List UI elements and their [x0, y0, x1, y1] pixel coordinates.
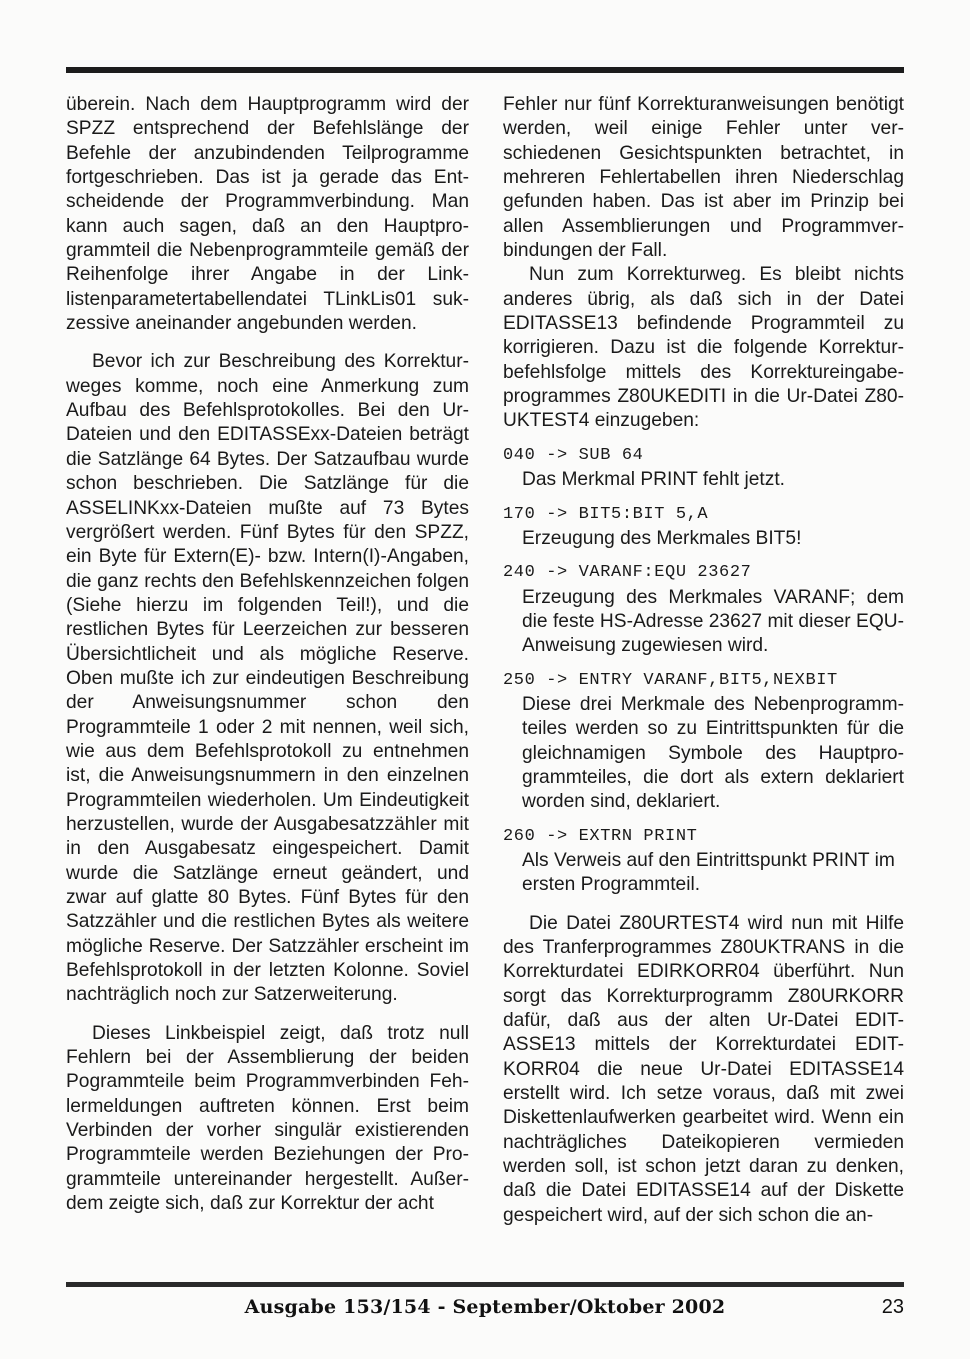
correction-code: 240 -> VARANF:EQU 23627	[503, 561, 904, 585]
paragraph-gap	[503, 493, 904, 503]
paragraph-gap	[503, 815, 904, 825]
correction-code: 250 -> ENTRY VARANF,BIT5,NEXBIT	[503, 669, 904, 693]
left-column: überein. Nach dem Hauptprogramm wird der…	[66, 93, 469, 1216]
correction-description: Als Verweis auf den Eintrittspunkt PRINT…	[522, 849, 904, 898]
correction-description: Erzeugung des Merkmales VARANF; dem die …	[522, 586, 904, 659]
paragraph-gap	[503, 434, 904, 444]
paragraph: Nun zum Korrekturweg. Es bleibt nichts a…	[503, 263, 904, 433]
right-column: Fehler nur fünf Korrekturanweisungen ben…	[503, 93, 904, 1228]
paragraph-gap	[503, 898, 904, 912]
correction-code: 260 -> EXTRN PRINT	[503, 825, 904, 849]
page-number: 23	[882, 1296, 904, 1319]
correction-item: 240 -> VARANF:EQU 23627 Erzeugung des Me…	[503, 561, 904, 658]
paragraph: Die Datei Z80URTEST4 wird nun mit Hilfe …	[503, 912, 904, 1228]
paragraph-gap	[503, 551, 904, 561]
paragraph: Dieses Linkbeispiel zeigt, daß trotz nul…	[66, 1022, 469, 1217]
correction-item: 040 -> SUB 64 Das Merkmal PRINT fehlt je…	[503, 444, 904, 493]
paragraph-gap	[66, 336, 469, 350]
correction-description: Das Merkmal PRINT fehlt jetzt.	[522, 468, 904, 492]
paragraph-gap	[503, 659, 904, 669]
correction-code: 170 -> BIT5:BIT 5,A	[503, 503, 904, 527]
footer-rule	[66, 1282, 904, 1287]
correction-code: 040 -> SUB 64	[503, 444, 904, 468]
issue-label: Ausgabe 153/154 - September/Oktober 2002	[66, 1296, 904, 1318]
correction-item: 260 -> EXTRN PRINT Als Verweis auf den E…	[503, 825, 904, 898]
correction-item: 170 -> BIT5:BIT 5,A Erzeugung des Merkma…	[503, 503, 904, 552]
page-footer: Ausgabe 153/154 - September/Oktober 2002…	[66, 1296, 904, 1326]
paragraph: Bevor ich zur Beschreibung des Korrektur…	[66, 350, 469, 1007]
paragraph-gap	[66, 1008, 469, 1022]
correction-description: Diese drei Merkmale des Nebenprogramm­te…	[522, 693, 904, 815]
paragraph: überein. Nach dem Hauptprogramm wird der…	[66, 93, 469, 336]
paragraph: Fehler nur fünf Korrekturanweisungen ben…	[503, 93, 904, 263]
correction-description: Erzeugung des Merkmales BIT5!	[522, 527, 904, 551]
correction-item: 250 -> ENTRY VARANF,BIT5,NEXBIT Diese dr…	[503, 669, 904, 815]
header-rule	[66, 67, 904, 73]
